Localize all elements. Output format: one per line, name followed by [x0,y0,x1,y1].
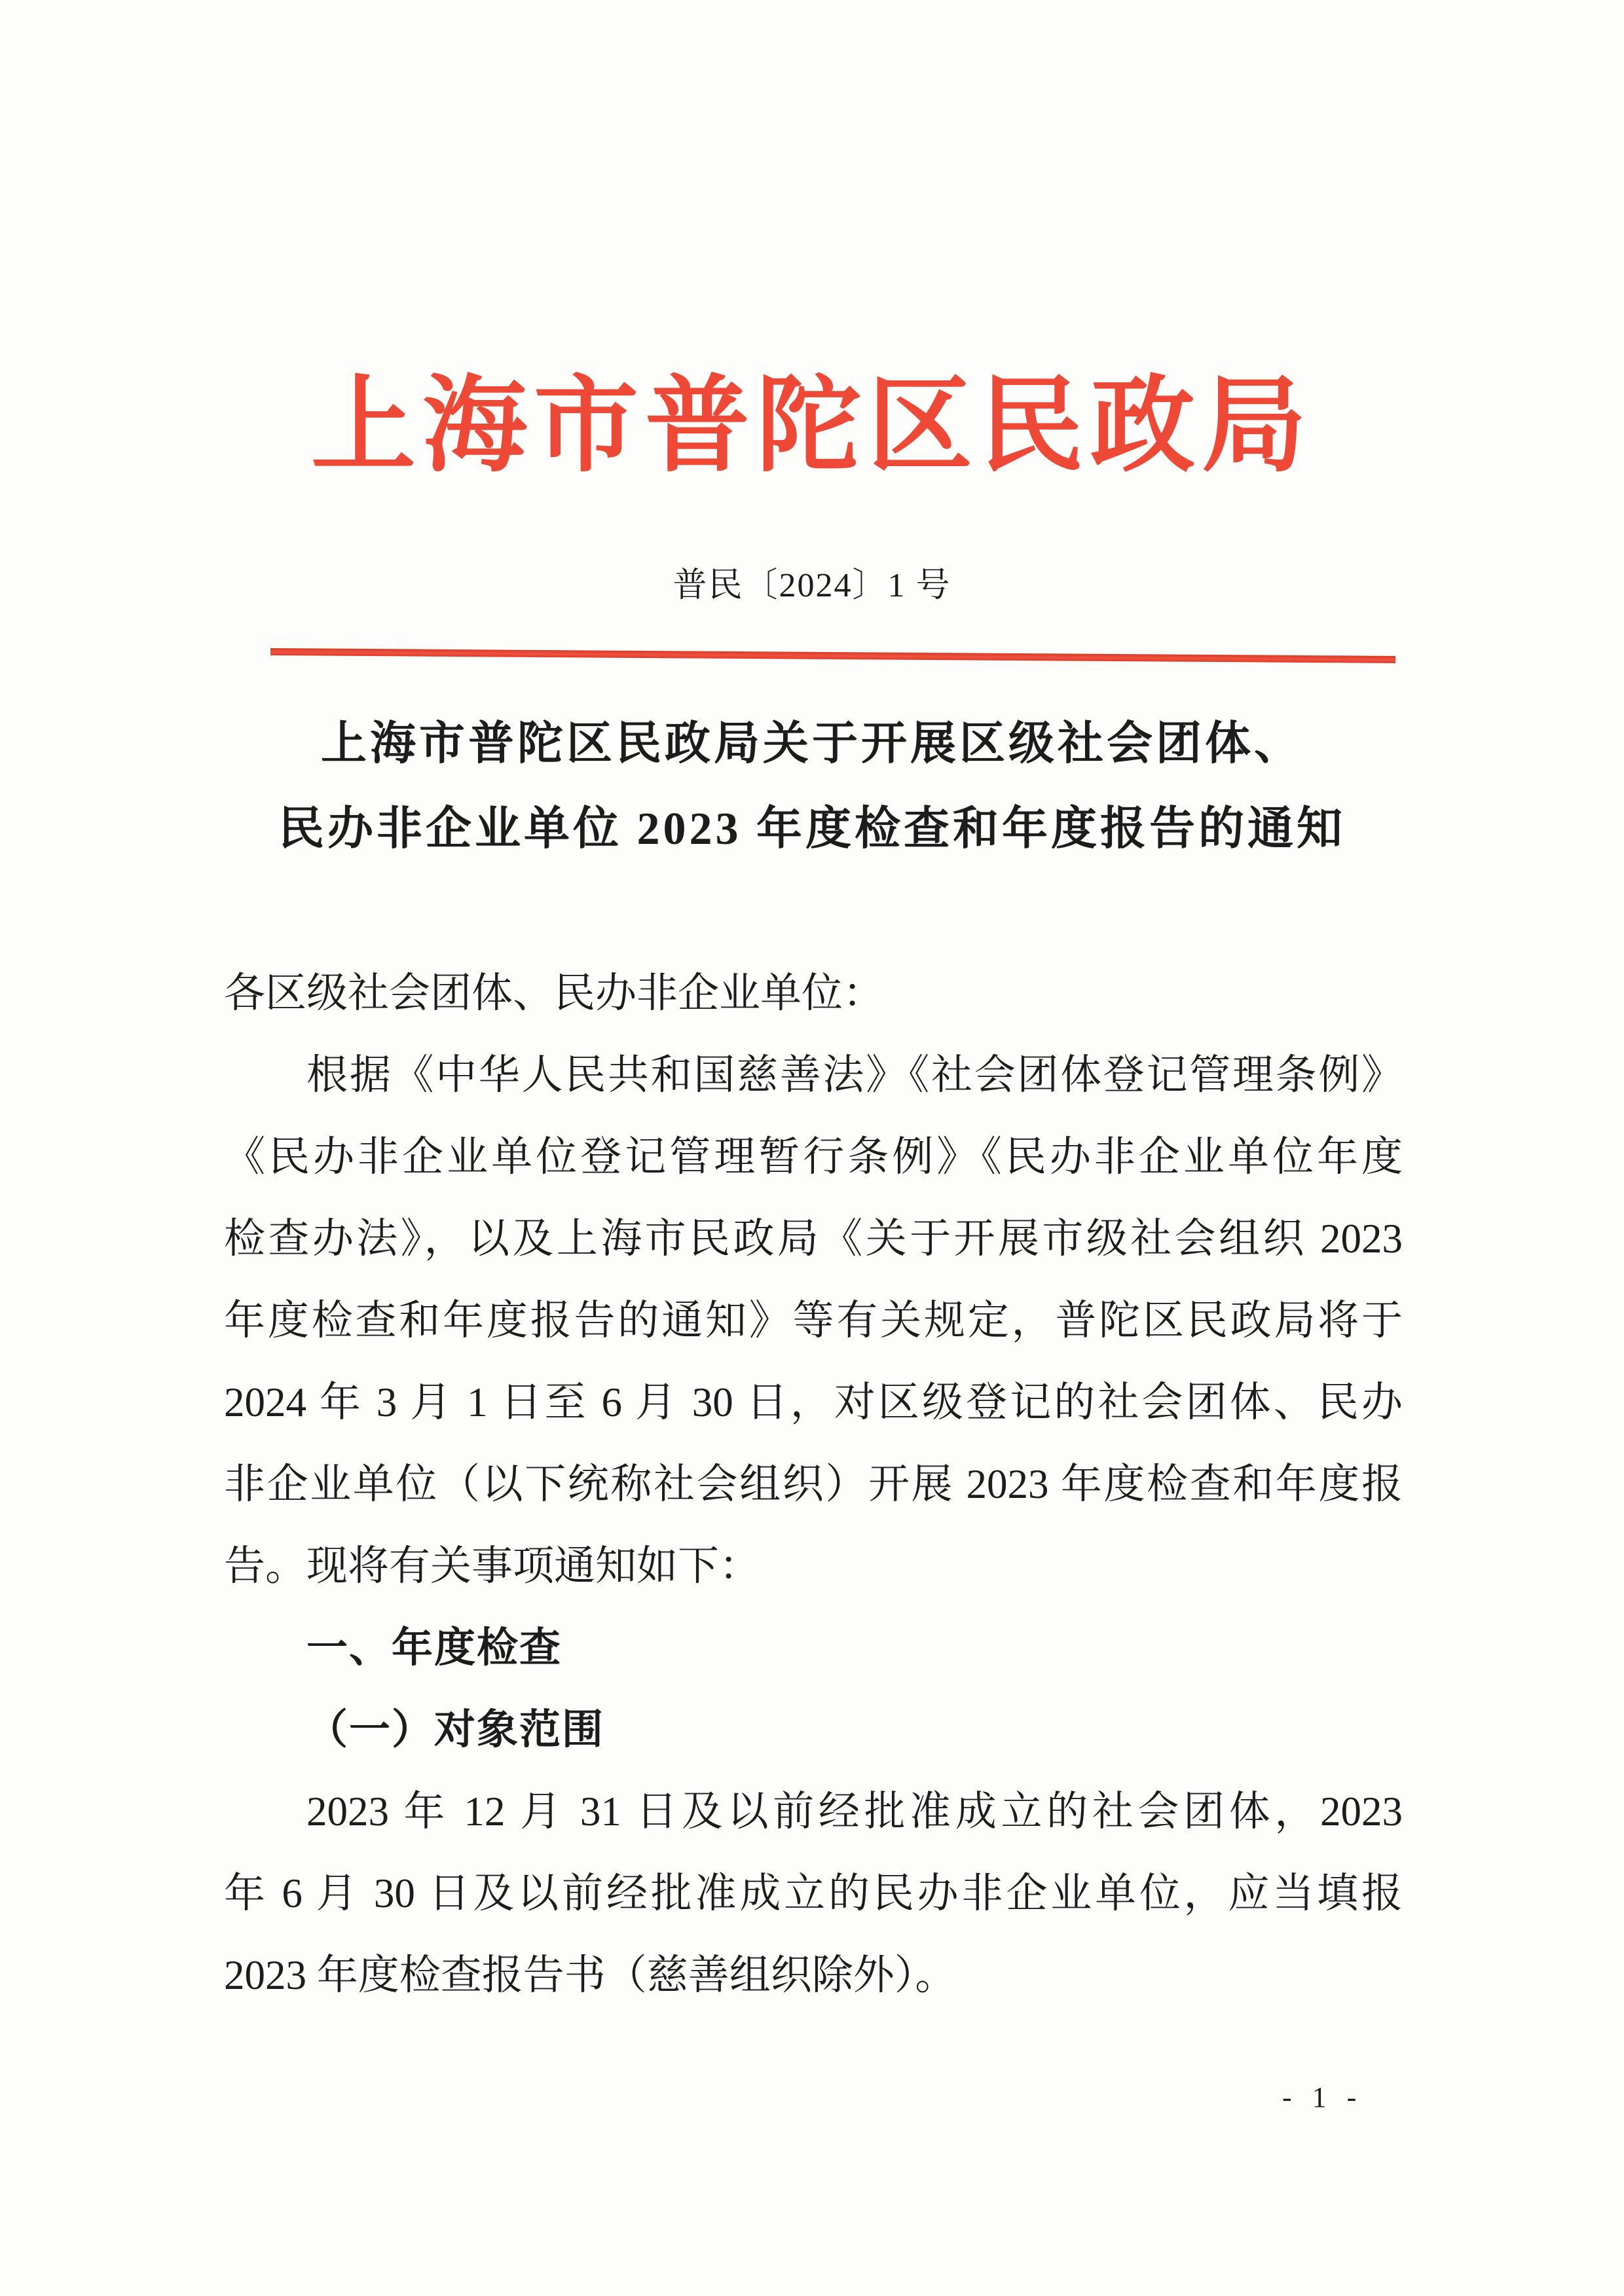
notice-title: 上海市普陀区民政局关于开展区级社会团体、 民办非企业单位 2023 年度检查和年… [0,702,1624,872]
body-text-line: 年 6 月 30 日及以前经批准成立的民办非企业单位，应当填报 [224,1853,1403,1935]
notice-title-line1: 上海市普陀区民政局关于开展区级社会团体、 [0,702,1624,787]
document-number: 普民〔2024〕1 号 [0,566,1624,606]
document-page: 上海市普陀区民政局 普民〔2024〕1 号 上海市普陀区民政局关于开展区级社会团… [0,0,1624,2296]
body-text-line: 年度检查和年度报告的通知》等有关规定，普陀区民政局将于 [224,1280,1403,1362]
body-text-line: 检查办法》，以及上海市民政局《关于开展市级社会组织 2023 [224,1198,1403,1280]
body-text-line: 2023 年度检查报告书（慈善组织除外）。 [224,1935,1403,2016]
notice-title-line2: 民办非企业单位 2023 年度检查和年度报告的通知 [0,787,1624,872]
page-number: - 1 - [1282,2081,1363,2115]
body-text-line: 告。现将有关事项通知如下： [224,1525,1403,1607]
body-heading-line: （一）对象范围 [224,1689,1403,1771]
body-text-line: 各区级社会团体、民办非企业单位： [224,953,1403,1034]
body-text-line: 2024 年 3 月 1 日至 6 月 30 日，对区级登记的社会团体、民办 [224,1362,1403,1444]
notice-body: 各区级社会团体、民办非企业单位：根据《中华人民共和国慈善法》《社会团体登记管理条… [224,953,1403,2016]
red-divider-line [270,648,1395,663]
body-heading-line: 一、年度检查 [224,1607,1403,1689]
body-text-line: 根据《中华人民共和国慈善法》《社会团体登记管理条例》 [224,1034,1403,1116]
body-text-line: 非企业单位（以下统称社会组织）开展 2023 年度检查和年度报 [224,1444,1403,1525]
body-text-line: 《民办非企业单位登记管理暂行条例》《民办非企业单位年度 [224,1116,1403,1198]
body-text-line: 2023 年 12 月 31 日及以前经批准成立的社会团体，2023 [224,1771,1403,1853]
agency-header-title: 上海市普陀区民政局 [0,371,1624,482]
